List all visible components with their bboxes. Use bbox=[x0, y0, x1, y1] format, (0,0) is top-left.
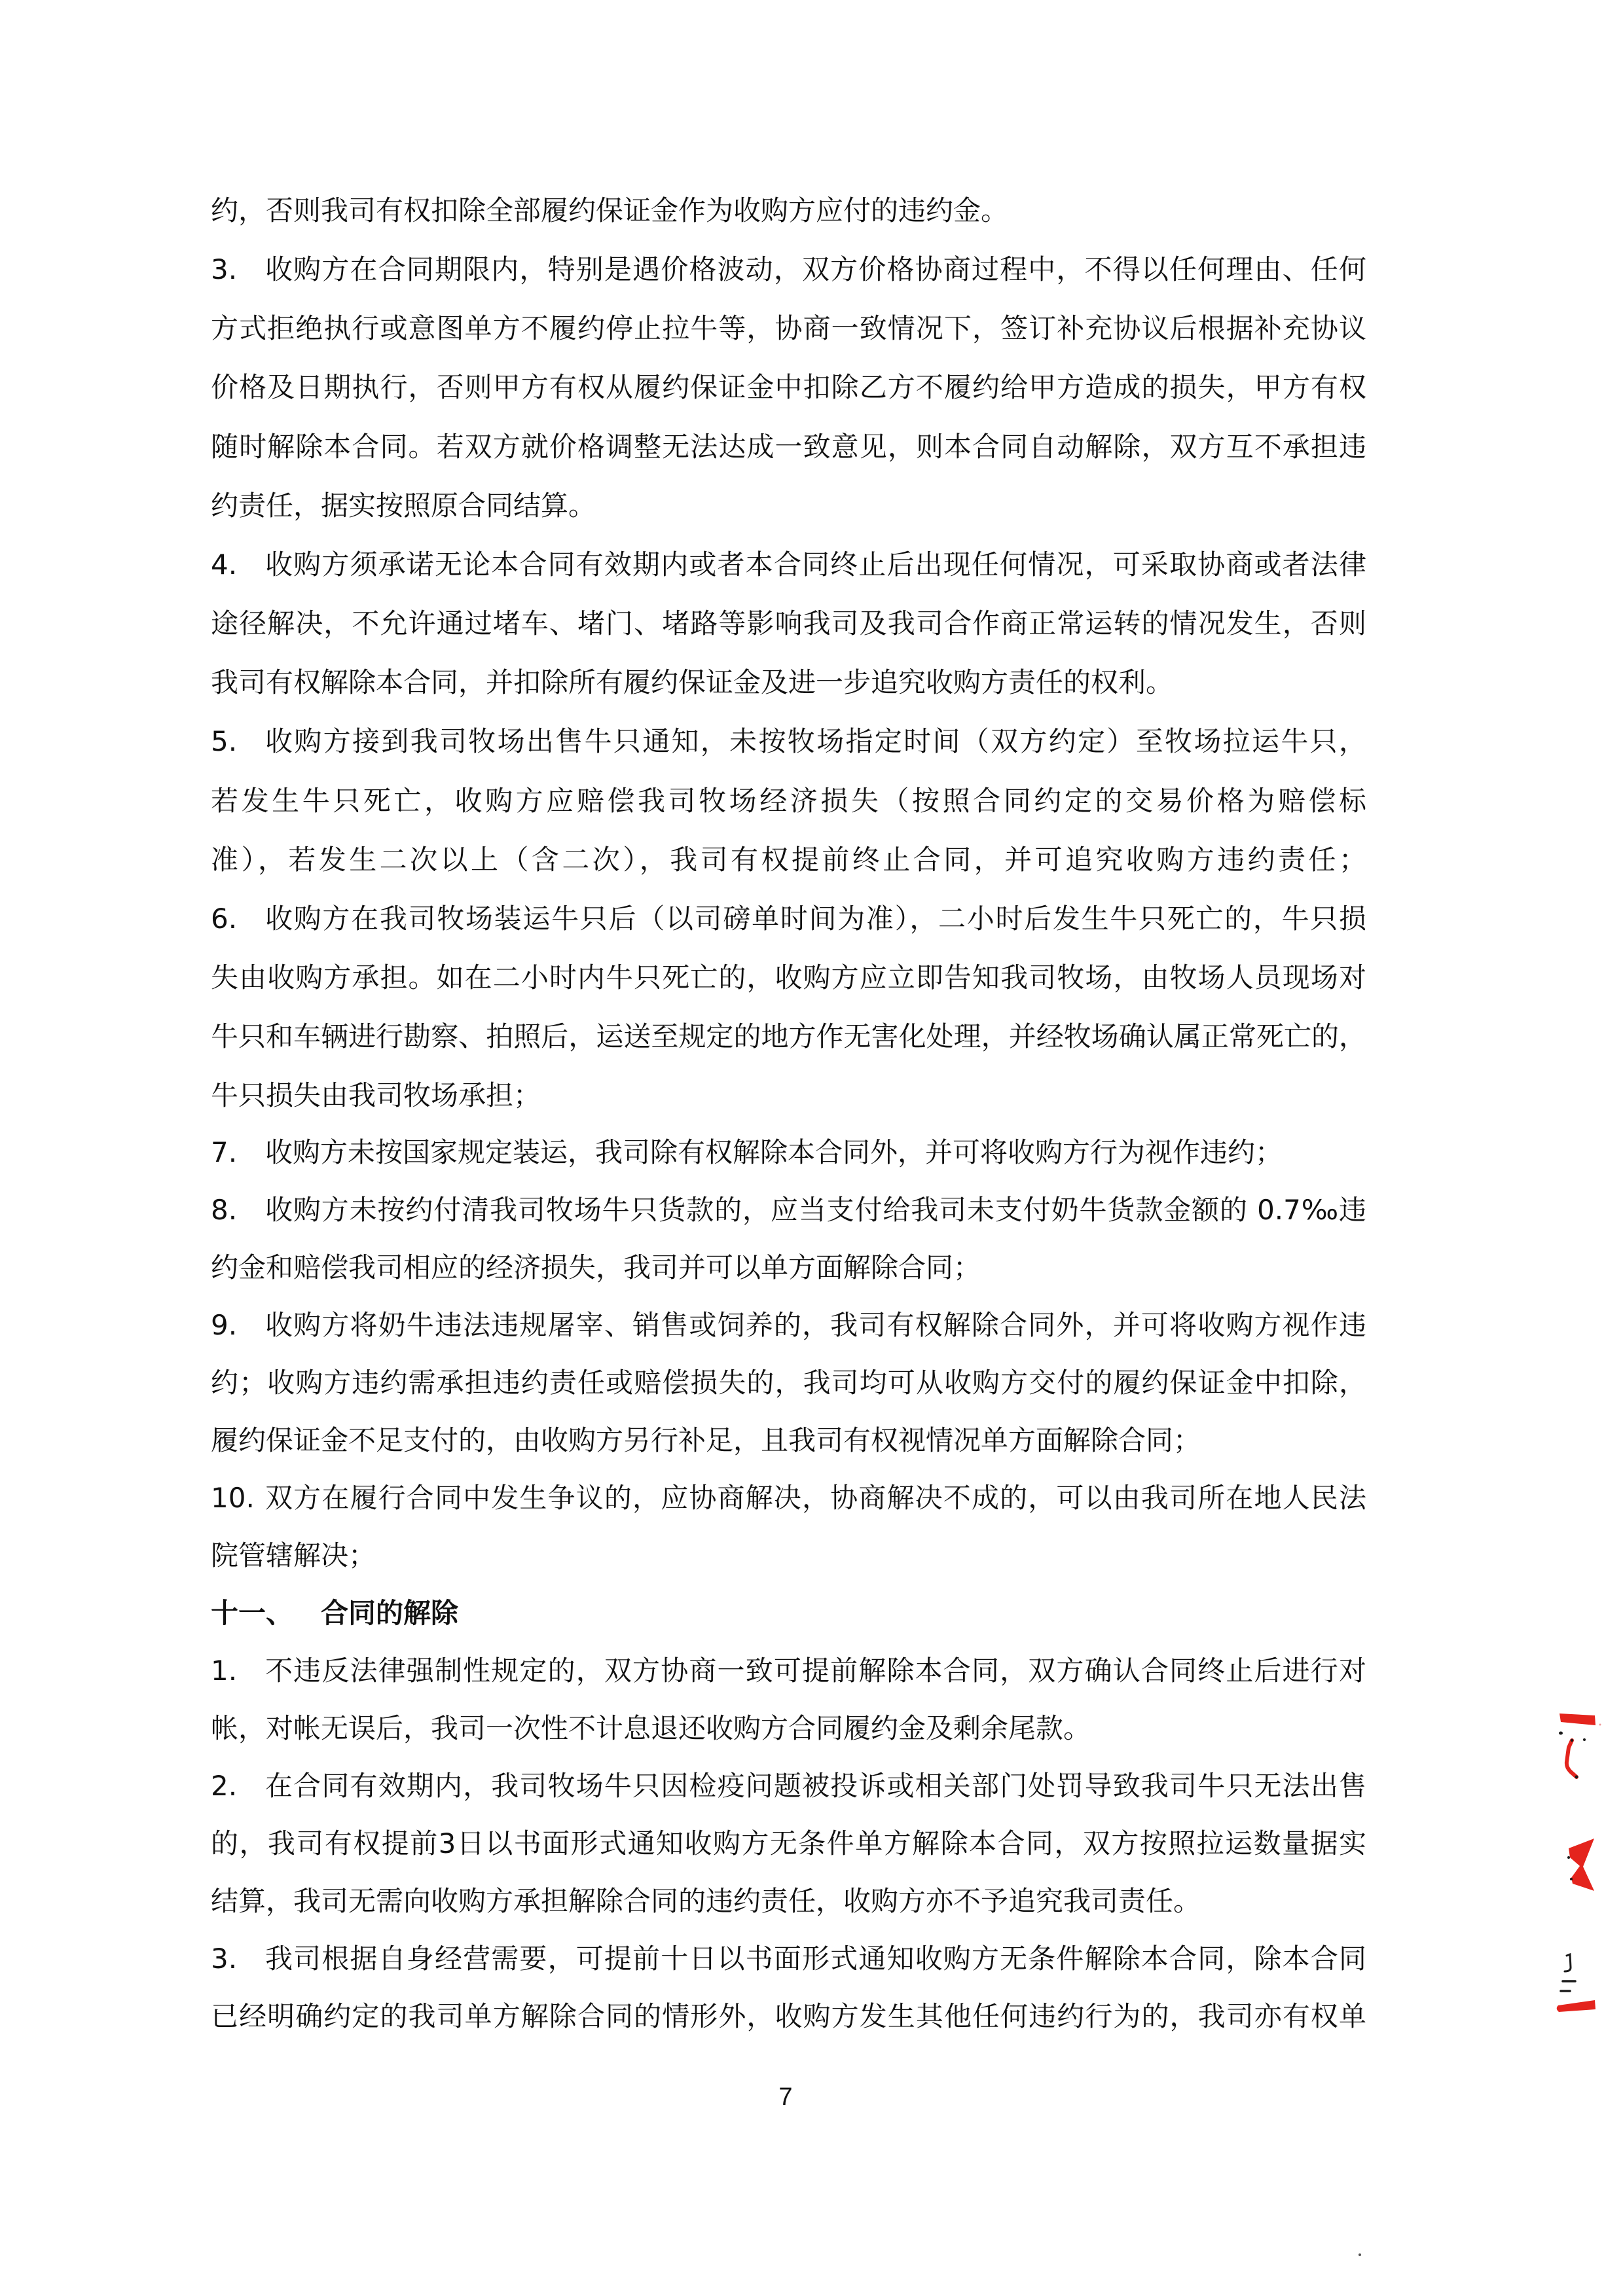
line-text: 不违反法律强制性规定的，双方协商一致可提前解除本合同，双方确认合同终止后进行对 bbox=[265, 1651, 1366, 1691]
line-text: 我司根据自身经营需要，可提前十日以书面形式通知收购方无条件解除本合同，除本合同 bbox=[265, 1939, 1366, 1979]
line-text: 约，否则我司有权扣除全部履约保证金作为收购方应付的违约金。 bbox=[211, 191, 1366, 230]
paragraph-line: 3. 我司根据自身经营需要，可提前十日以书面形式通知收购方无条件解除本合同，除本… bbox=[211, 1939, 1366, 1979]
line-text: 收购方未按约付清我司牧场牛只货款的，应当支付给我司未支付奶牛货款金额的 0.7‰… bbox=[265, 1191, 1366, 1230]
section-title: 合同的解除 bbox=[321, 1594, 1366, 1633]
paragraph-line: 牛只和车辆进行勘察、拍照后，运送至规定的地方作无害化处理，并经牧场确认属正常死亡… bbox=[211, 1017, 1366, 1056]
clause-number: 3. bbox=[211, 1939, 265, 1979]
ink-dot bbox=[1575, 1776, 1578, 1779]
line-text: 的，我司有权提前3日以书面形式通知收购方无条件单方解除本合同，双方按照拉运数量据… bbox=[211, 1824, 1366, 1863]
ink-dot bbox=[1571, 1739, 1573, 1742]
paragraph-line: 帐，对帐无误后，我司一次性不计息退还收购方合同履约金及剩余尾款。 bbox=[211, 1709, 1366, 1748]
ink-dot bbox=[1567, 1856, 1570, 1859]
line-text: 帐，对帐无误后，我司一次性不计息退还收购方合同履约金及剩余尾款。 bbox=[211, 1709, 1366, 1748]
clause-number: 6. bbox=[211, 899, 265, 939]
document-page: 约，否则我司有权扣除全部履约保证金作为收购方应付的违约金。 3. 收购方在合同期… bbox=[0, 0, 1623, 2296]
line-text: 我司有权解除本合同，并扣除所有履约保证金及进一步追究收购方责任的权利。 bbox=[211, 663, 1366, 702]
paragraph-line: 方式拒绝执行或意图单方不履约停止拉牛等，协商一致情况下，签订补充协议后根据补充协… bbox=[211, 309, 1366, 348]
line-text: 约责任，据实按照原合同结算。 bbox=[211, 486, 1366, 526]
line-text: 方式拒绝执行或意图单方不履约停止拉牛等，协商一致情况下，签订补充协议后根据补充协… bbox=[211, 309, 1366, 348]
line-text: 履约保证金不足支付的，由收购方另行补足，且我司有权视情况单方面解除合同； bbox=[211, 1421, 1366, 1460]
paragraph-line: 结算，我司无需向收购方承担解除合同的违约责任，收购方亦不予追究我司责任。 bbox=[211, 1882, 1366, 1921]
ink-dot bbox=[1559, 1732, 1563, 1735]
clause-number: 7. bbox=[211, 1133, 265, 1172]
clause-number: 9. bbox=[211, 1306, 265, 1345]
paragraph-line: 院管辖解决； bbox=[211, 1536, 1366, 1575]
paragraph-line: 准），若发生二次以上（含二次），我司有权提前终止合同，并可追究收购方违约责任； bbox=[211, 840, 1366, 880]
line-text: 收购方将奶牛违法违规屠宰、销售或饲养的，我司有权解除合同外，并可将收购方视作违 bbox=[265, 1306, 1366, 1345]
line-text: 收购方接到我司牧场出售牛只通知，未按牧场指定时间（双方约定）至牧场拉运牛只， bbox=[265, 722, 1366, 761]
paragraph-line: 1. 不违反法律强制性规定的，双方协商一致可提前解除本合同，双方确认合同终止后进… bbox=[211, 1651, 1366, 1691]
seal-speck bbox=[1599, 1724, 1601, 1726]
line-text: 结算，我司无需向收购方承担解除合同的违约责任，收购方亦不予追究我司责任。 bbox=[211, 1882, 1366, 1921]
paragraph-line: 约责任，据实按照原合同结算。 bbox=[211, 486, 1366, 526]
line-text: 约；收购方违约需承担违约责任或赔偿损失的，我司均可从收购方交付的履约保证金中扣除… bbox=[211, 1363, 1366, 1403]
section-heading: 十一、 合同的解除 bbox=[211, 1594, 1366, 1633]
line-text: 院管辖解决； bbox=[211, 1536, 1366, 1575]
line-text: 已经明确约定的我司单方解除合同的情形外，收购方发生其他任何违约行为的，我司亦有权… bbox=[211, 1997, 1366, 2036]
clause-number: 8. bbox=[211, 1191, 265, 1230]
line-text: 随时解除本合同。若双方就价格调整无法达成一致意见，则本合同自动解除，双方互不承担… bbox=[211, 427, 1366, 467]
paragraph-line: 约；收购方违约需承担违约责任或赔偿损失的，我司均可从收购方交付的履约保证金中扣除… bbox=[211, 1363, 1366, 1403]
clause-number: 1. bbox=[211, 1651, 265, 1691]
paragraph-line: 随时解除本合同。若双方就价格调整无法达成一致意见，则本合同自动解除，双方互不承担… bbox=[211, 427, 1366, 467]
page-number: 7 bbox=[773, 2081, 799, 2113]
scan-speck bbox=[1359, 2253, 1361, 2256]
seal-ink-hook bbox=[1565, 1954, 1571, 1971]
paragraph-line: 我司有权解除本合同，并扣除所有履约保证金及进一步追究收购方责任的权利。 bbox=[211, 663, 1366, 702]
paragraph-line: 履约保证金不足支付的，由收购方另行补足，且我司有权视情况单方面解除合同； bbox=[211, 1421, 1366, 1460]
paragraph-line: 已经明确约定的我司单方解除合同的情形外，收购方发生其他任何违约行为的，我司亦有权… bbox=[211, 1997, 1366, 2036]
ink-dot bbox=[1583, 1738, 1586, 1741]
clause-number: 10. bbox=[211, 1479, 265, 1518]
paragraph-line: 7. 收购方未按国家规定装运，我司除有权解除本合同外，并可将收购方行为视作违约； bbox=[211, 1133, 1366, 1172]
line-text: 收购方在合同期限内，特别是遇价格波动，双方价格协商过程中，不得以任何理由、任何 bbox=[265, 250, 1366, 289]
line-text: 双方在履行合同中发生争议的，应协商解决，协商解决不成的，可以由我司所在地人民法 bbox=[265, 1479, 1366, 1518]
paragraph-line: 10. 双方在履行合同中发生争议的，应协商解决，协商解决不成的，可以由我司所在地… bbox=[211, 1479, 1366, 1518]
paragraph-line: 价格及日期执行，否则甲方有权从履约保证金中扣除乙方不履约给甲方造成的损失，甲方有… bbox=[211, 368, 1366, 407]
seal-top-bar bbox=[1559, 1713, 1596, 1725]
seal-curved-stroke bbox=[1567, 1740, 1577, 1777]
paragraph-line: 4. 收购方须承诺无论本合同有效期内或者本合同终止后出现任何情况，可采取协商或者… bbox=[211, 545, 1366, 584]
clause-number: 3. bbox=[211, 250, 265, 289]
line-text: 收购方在我司牧场装运牛只后（以司磅单时间为准），二小时后发生牛只死亡的，牛只损 bbox=[265, 899, 1366, 939]
paragraph-line: 约，否则我司有权扣除全部履约保证金作为收购方应付的违约金。 bbox=[211, 191, 1366, 230]
line-text: 若发生牛只死亡，收购方应赔偿我司牧场经济损失（按照合同约定的交易价格为赔偿标 bbox=[211, 781, 1366, 821]
paragraph-line: 约金和赔偿我司相应的经济损失，我司并可以单方面解除合同； bbox=[211, 1248, 1366, 1287]
clause-number: 4. bbox=[211, 545, 265, 584]
line-text: 收购方未按国家规定装运，我司除有权解除本合同外，并可将收购方行为视作违约； bbox=[265, 1133, 1366, 1172]
seal-bottom-bar bbox=[1557, 2000, 1596, 2012]
seal-chevron bbox=[1569, 1839, 1594, 1891]
section-number: 十一、 bbox=[211, 1594, 321, 1633]
line-text: 牛只和车辆进行勘察、拍照后，运送至规定的地方作无害化处理，并经牧场确认属正常死亡… bbox=[211, 1017, 1366, 1056]
paragraph-line: 的，我司有权提前3日以书面形式通知收购方无条件单方解除本合同，双方按照拉运数量据… bbox=[211, 1824, 1366, 1863]
paragraph-line: 5. 收购方接到我司牧场出售牛只通知，未按牧场指定时间（双方约定）至牧场拉运牛只… bbox=[211, 722, 1366, 761]
paragraph-line: 6. 收购方在我司牧场装运牛只后（以司磅单时间为准），二小时后发生牛只死亡的，牛… bbox=[211, 899, 1366, 939]
paragraph-line: 途径解决，不允许通过堵车、堵门、堵路等影响我司及我司合作商正常运转的情况发生，否… bbox=[211, 604, 1366, 643]
clause-number: 2. bbox=[211, 1767, 265, 1806]
line-text: 牛只损失由我司牧场承担； bbox=[211, 1076, 1366, 1115]
line-text: 约金和赔偿我司相应的经济损失，我司并可以单方面解除合同； bbox=[211, 1248, 1366, 1287]
line-text: 途径解决，不允许通过堵车、堵门、堵路等影响我司及我司合作商正常运转的情况发生，否… bbox=[211, 604, 1366, 643]
paragraph-line: 2. 在合同有效期内，我司牧场牛只因检疫问题被投诉或相关部门处罚导致我司牛只无法… bbox=[211, 1767, 1366, 1806]
ink-dot bbox=[1570, 1878, 1573, 1880]
paragraph-line: 3. 收购方在合同期限内，特别是遇价格波动，双方价格协商过程中，不得以任何理由、… bbox=[211, 250, 1366, 289]
paragraph-line: 若发生牛只死亡，收购方应赔偿我司牧场经济损失（按照合同约定的交易价格为赔偿标 bbox=[211, 781, 1366, 821]
line-text: 失由收购方承担。如在二小时内牛只死亡的，收购方应立即告知我司牧场，由牧场人员现场… bbox=[211, 958, 1366, 997]
clause-number: 5. bbox=[211, 722, 265, 761]
seal-fragment-icon bbox=[1545, 1702, 1611, 2022]
line-text: 价格及日期执行，否则甲方有权从履约保证金中扣除乙方不履约给甲方造成的损失，甲方有… bbox=[211, 368, 1366, 407]
paragraph-line: 牛只损失由我司牧场承担； bbox=[211, 1076, 1366, 1115]
paragraph-line: 失由收购方承担。如在二小时内牛只死亡的，收购方应立即告知我司牧场，由牧场人员现场… bbox=[211, 958, 1366, 997]
line-text: 准），若发生二次以上（含二次），我司有权提前终止合同，并可追究收购方违约责任； bbox=[211, 840, 1366, 880]
paragraph-line: 9. 收购方将奶牛违法违规屠宰、销售或饲养的，我司有权解除合同外，并可将收购方视… bbox=[211, 1306, 1366, 1345]
line-text: 在合同有效期内，我司牧场牛只因检疫问题被投诉或相关部门处罚导致我司牛只无法出售 bbox=[265, 1767, 1366, 1806]
line-text: 收购方须承诺无论本合同有效期内或者本合同终止后出现任何情况，可采取协商或者法律 bbox=[265, 545, 1366, 584]
paragraph-line: 8. 收购方未按约付清我司牧场牛只货款的，应当支付给我司未支付奶牛货款金额的 0… bbox=[211, 1191, 1366, 1230]
